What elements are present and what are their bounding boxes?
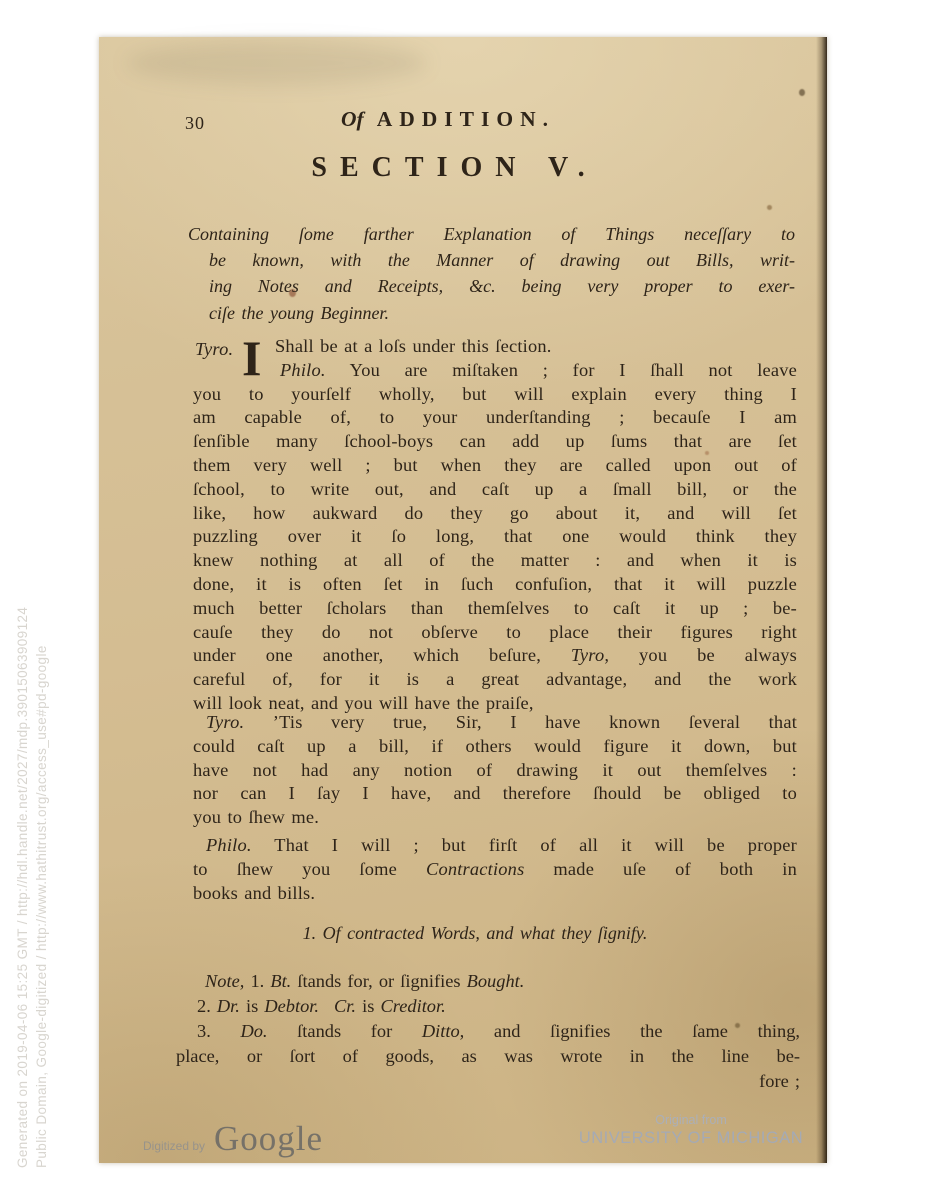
speaker-label: Philo. bbox=[280, 360, 326, 380]
summary-line: be known, with the Manner of drawing out… bbox=[188, 247, 795, 273]
text-line: you to yourſelf wholly, but will explain… bbox=[193, 383, 797, 407]
text-segment-italic: Contractions bbox=[426, 859, 524, 879]
book-page-scan: 30 OfADDITION. SECTION V. Containing ſom… bbox=[99, 37, 827, 1163]
text-line: careful of, for it is a great advantage,… bbox=[193, 668, 797, 692]
summary-line: Containing ſome farther Explanation of T… bbox=[188, 221, 795, 247]
text-line: nor can I ſay I have, and therefore ſhou… bbox=[193, 782, 797, 806]
hathitrust-watermark: Generated on 2019-04-06 15:25 GMT / http… bbox=[13, 38, 51, 1168]
note-label: Note, bbox=[205, 971, 244, 991]
page-edge-shadow bbox=[816, 37, 827, 1163]
text-line: have not had any notion of drawing it ou… bbox=[193, 759, 797, 783]
abbreviation: Cr. bbox=[334, 996, 356, 1016]
text-line: Philo. You are miſtaken ; for I ſhall no… bbox=[193, 359, 797, 383]
summary-line: ing Notes and Receipts, &c. being very p… bbox=[188, 273, 795, 299]
running-head-of: Of bbox=[341, 107, 364, 131]
section-summary: Containing ſome farther Explanation of T… bbox=[188, 221, 795, 326]
abbreviation: Dr. bbox=[217, 996, 240, 1016]
text-line: Philo. That I will ; but firſt of all it… bbox=[193, 834, 797, 858]
dialog-paragraph-3: Philo. That I will ; but firſt of all it… bbox=[193, 834, 797, 905]
text-line: them very well ; but when they are calle… bbox=[193, 454, 797, 478]
dialog-paragraph-2: Tyro. ’Tis very true, Sir, I have known … bbox=[193, 711, 797, 830]
defined-word: Debtor. bbox=[264, 996, 319, 1016]
text-segment: to ſhew you ſome bbox=[193, 859, 426, 879]
speaker-label: Tyro. bbox=[206, 712, 244, 732]
text-line: cauſe they do not obſerve to place their… bbox=[193, 621, 797, 645]
note-item-1: Note, 1. Bt. ſtands for, or ſignifies Bo… bbox=[193, 969, 800, 994]
institution-name: UNIVERSITY OF MICHIGAN bbox=[571, 1129, 811, 1148]
text-segment: 3. bbox=[197, 1021, 240, 1041]
text-segment: is bbox=[240, 996, 264, 1016]
text-line: to ſhew you ſome Contractions made uſe o… bbox=[193, 858, 797, 882]
note-item-2: 2. Dr. is Debtor.Cr. is Creditor. bbox=[193, 994, 800, 1019]
text-line: could caſt up a bill, if others would fi… bbox=[193, 735, 797, 759]
note-item-3-catchword: fore ; bbox=[193, 1069, 800, 1094]
speaker-label: Philo. bbox=[206, 835, 252, 855]
abbreviation: Do. bbox=[240, 1021, 267, 1041]
stain-spot bbox=[767, 205, 772, 210]
text-segment: You are miſtaken ; for I ſhall not leave bbox=[326, 360, 797, 380]
text-segment: 2. bbox=[197, 996, 217, 1016]
subsection-heading: 1. Of contracted Words, and what they ſi… bbox=[173, 923, 777, 944]
text-line: knew nothing at all of the matter : and … bbox=[193, 549, 797, 573]
text-segment: ſtands for bbox=[268, 1021, 422, 1041]
text-segment-italic: Tyro, bbox=[571, 645, 609, 665]
summary-line: ciſe the young Beginner. bbox=[188, 300, 795, 326]
text-segment: made uſe of both in bbox=[524, 859, 797, 879]
text-line: done, it is often ſet in ſuch confuſion,… bbox=[193, 573, 797, 597]
speaker-label: Tyro. bbox=[195, 338, 233, 362]
text-segment: you be always bbox=[609, 645, 797, 665]
dialog-paragraph-1: Tyro. I Shall be at a loſs under this ſe… bbox=[193, 335, 797, 716]
text-segment: and ſignifies the ſame thing, bbox=[464, 1021, 800, 1041]
watermark-rights-line: Public Domain, Google-digitized / http:/… bbox=[32, 38, 51, 1168]
text-segment: is bbox=[356, 996, 380, 1016]
defined-word: Bought. bbox=[467, 971, 525, 991]
text-segment: 1. bbox=[244, 971, 270, 991]
note-item-3-line-2: place, or ſort of goods, as was wrote in… bbox=[176, 1044, 800, 1069]
defined-word: Creditor. bbox=[380, 996, 445, 1016]
google-logo: Google bbox=[214, 1119, 323, 1159]
text-line: you to ſhew me. bbox=[193, 806, 797, 830]
text-line: under one another, which beſure, Tyro, y… bbox=[193, 644, 797, 668]
text-line: Shall be at a loſs under this ſection. bbox=[193, 335, 797, 359]
text-segment: under one another, which beſure, bbox=[193, 645, 571, 665]
text-segment: ’Tis very true, Sir, I have known ſevera… bbox=[244, 712, 797, 732]
text-line: books and bills. bbox=[193, 882, 797, 906]
original-from-mark: Original from UNIVERSITY OF MICHIGAN bbox=[571, 1113, 811, 1148]
text-line: much better ſcholars than themſelves to … bbox=[193, 597, 797, 621]
text-line: like, how aukward do they go about it, a… bbox=[193, 502, 797, 526]
section-title: SECTION V. bbox=[84, 152, 812, 184]
abbreviation: Bt. bbox=[270, 971, 291, 991]
running-head-title: ADDITION. bbox=[377, 107, 555, 131]
drop-cap: I bbox=[242, 337, 262, 379]
note-item-3-line-1: 3. Do. ſtands for Ditto, and ſignifies t… bbox=[193, 1019, 800, 1044]
text-line: am capable of, to your underſtanding ; b… bbox=[193, 406, 797, 430]
text-segment: That I will ; but firſt of all it will b… bbox=[252, 835, 797, 855]
notes-list: Note, 1. Bt. ſtands for, or ſignifies Bo… bbox=[193, 969, 800, 1094]
text-line: ſchool, to write out, and caſt up a ſmal… bbox=[193, 478, 797, 502]
text-segment: ſtands for, or ſignifies bbox=[291, 971, 466, 991]
text-line: puzzling over it ſo long, that one would… bbox=[193, 525, 797, 549]
text-line: ſenſible many ſchool-boys can add up ſum… bbox=[193, 430, 797, 454]
watermark-generated-line: Generated on 2019-04-06 15:25 GMT / http… bbox=[13, 38, 32, 1168]
digitized-by-label: Digitized by bbox=[143, 1139, 205, 1153]
paper-smudge bbox=[127, 41, 427, 85]
defined-word: Ditto, bbox=[422, 1021, 464, 1041]
running-head: OfADDITION. bbox=[84, 107, 812, 132]
digitized-by-mark: Digitized by Google bbox=[143, 1119, 323, 1159]
stain-spot bbox=[799, 89, 805, 96]
original-from-label: Original from bbox=[571, 1113, 811, 1127]
text-line: Tyro. ’Tis very true, Sir, I have known … bbox=[193, 711, 797, 735]
